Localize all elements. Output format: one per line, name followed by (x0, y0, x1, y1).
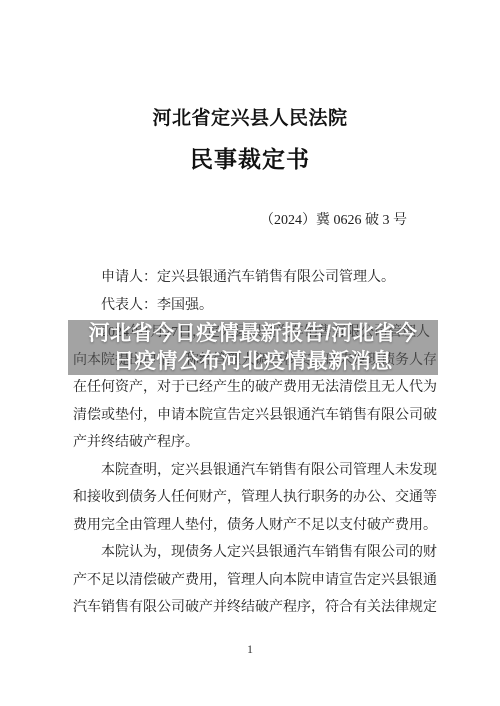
body-line: 本院查明，定兴县银通汽车销售有限公司管理人未发现 (73, 457, 441, 485)
body-line: 和接收到债务人任何财产，管理人执行职务的办公、交通等 (73, 484, 441, 512)
body-line: 产不足以清偿破产费用，管理人向本院申请宣告定兴县银通 (73, 567, 441, 595)
document-title: 民事裁定书 (0, 143, 500, 175)
body-line: 申请人：定兴县银通汽车销售有限公司管理人。 (73, 264, 441, 292)
body-line: 清偿或垫付，申请本院宣告定兴县银通汽车销售有限公司破 (73, 402, 441, 430)
headline-line-1: 河北省今日疫情最新报告/河北省今 (89, 320, 418, 348)
page-number: 1 (0, 641, 500, 657)
court-document-image: 河北省定兴县人民法院 民事裁定书 （2024）冀 0626 破 3 号 申请人：… (0, 0, 500, 706)
body-line: 在任何资产，对于已经产生的破产费用无法清偿且无人代为 (73, 374, 441, 402)
document-body: 申请人：定兴县银通汽车销售有限公司管理人。 代表人：李国强。 2024年1月27… (73, 264, 441, 622)
headline-overlay-banner: 河北省今日疫情最新报告/河北省今 日疫情公布河北疫情最新消息 (68, 320, 438, 375)
body-line: 代表人：李国强。 (73, 292, 441, 320)
case-number: （2024）冀 0626 破 3 号 (260, 212, 407, 229)
body-line: 本院认为，现债务人定兴县银通汽车销售有限公司的财 (73, 539, 441, 567)
body-line: 汽车销售有限公司破产并终结破产程序，符合有关法律规定 (73, 594, 441, 622)
body-line: 产并终结破产程序。 (73, 429, 441, 457)
headline-line-2: 日疫情公布河北疫情最新消息 (113, 348, 393, 376)
body-line: 费用完全由管理人垫付，债务人财产不足以支付破产费用。 (73, 512, 441, 540)
court-name: 河北省定兴县人民法院 (0, 106, 500, 132)
